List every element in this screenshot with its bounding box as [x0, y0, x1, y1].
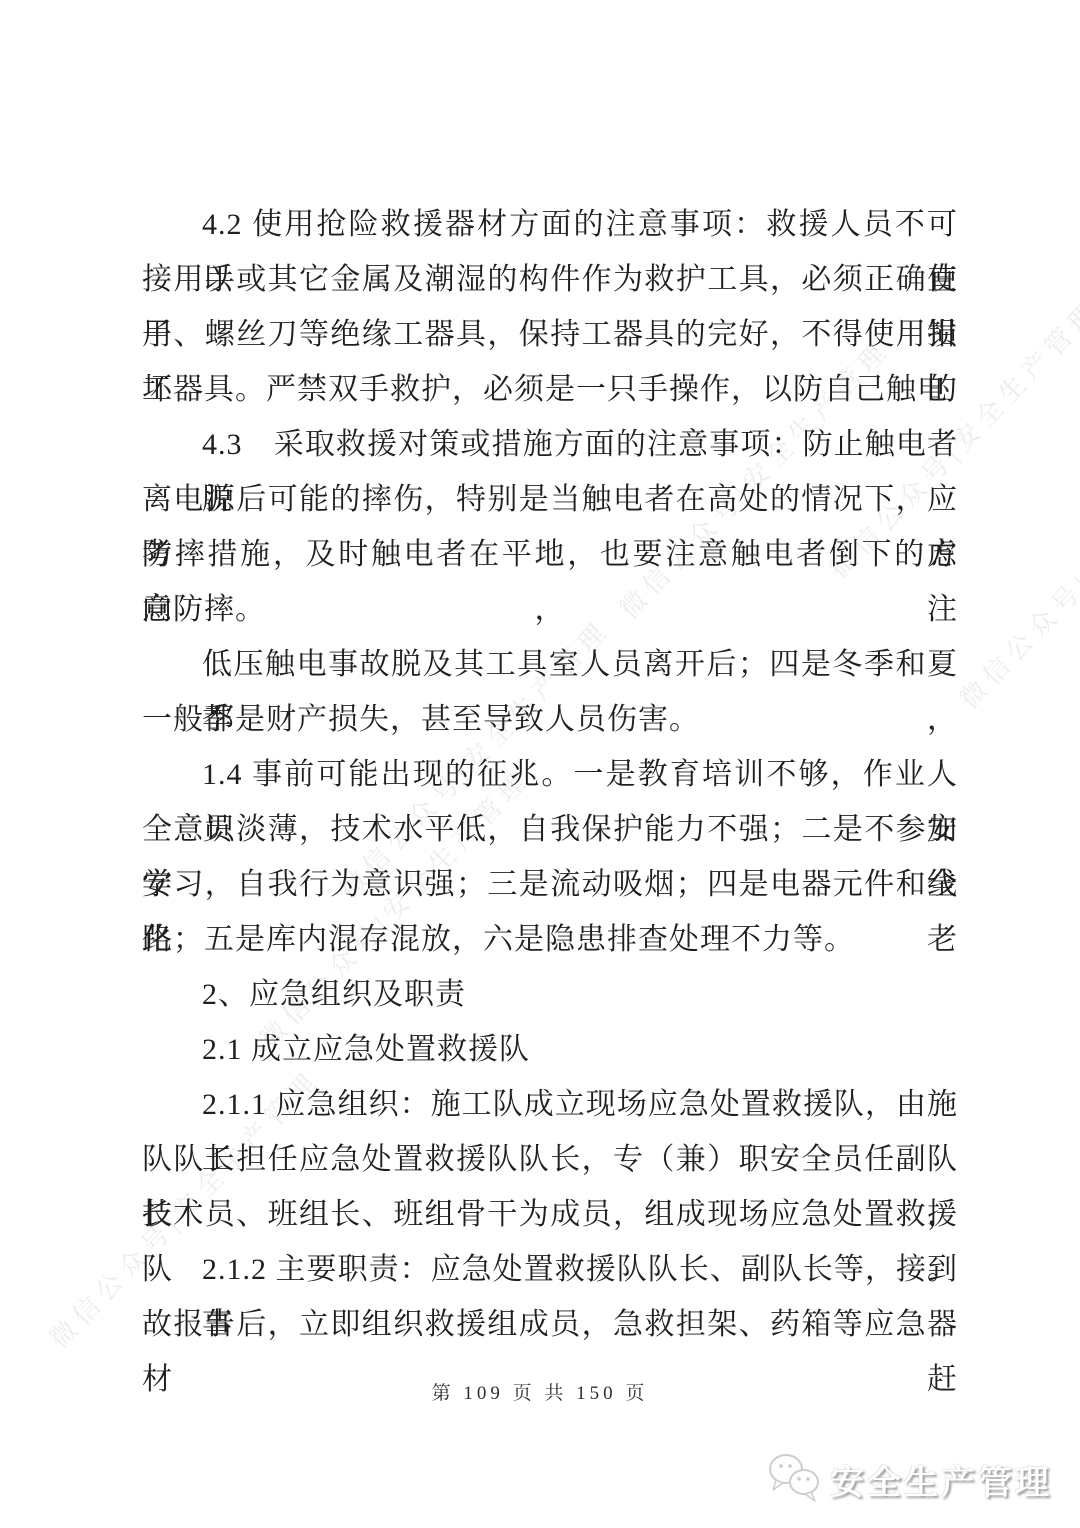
document-line: 4.3 采取救援对策或措施方面的注意事项：防止触电者脱 — [142, 417, 958, 472]
document-body: 4.2 使用抢险救援器材方面的注意事项：救援人员不可以直接用手或其它金属及潮湿的… — [142, 197, 958, 1352]
wechat-account-badge: 安全生产管理 — [764, 1450, 1052, 1509]
document-line: 化；五是库内混存混放，六是隐患排查处理不力等。 — [142, 912, 958, 967]
wechat-account-label: 安全生产管理 — [830, 1455, 1052, 1504]
document-line: 故报告后，立即组织救援组成员，急救担架、药箱等应急器材赶 — [142, 1297, 958, 1352]
document-line: 2.1.2 主要职责：应急处置救援队队长、副队长等，接到事 — [142, 1242, 958, 1297]
document-line: 低压触电事故脱及其工具室人员离开后；四是冬季和夏季， — [142, 637, 958, 692]
watermark-text: 微信公众号|安全生产管理 — [950, 420, 1080, 716]
document-line: 4.2 使用抢险救援器材方面的注意事项：救援人员不可以直 — [142, 197, 958, 252]
document-line: 2.1 成立应急处置救援队 — [142, 1022, 958, 1077]
document-line: 接用手或其它金属及潮湿的构件作为救护工具，必须正确使用钳 — [142, 252, 958, 307]
page-number-footer: 第 109 页 共 150 页 — [0, 1378, 1080, 1405]
document-line: 防摔措施，及时触电者在平地，也要注意触电者倒下的方向，注 — [142, 527, 958, 582]
wechat-icon — [764, 1450, 826, 1509]
document-line: 技术员、班组长、班组骨干为成员，组成现场应急处置救援队。 — [142, 1187, 958, 1242]
document-line: 全意识淡薄，技术水平低，自我保护能力不强；二是不参加安全 — [142, 802, 958, 857]
document-line: 队队长担任应急处置救援队队长，专（兼）职安全员任副队长， — [142, 1132, 958, 1187]
document-line: 工器具。严禁双手救护，必须是一只手操作，以防自己触电 — [142, 362, 958, 417]
document-page: 微信公众号|安全生产管理 微信公众号|安全生产管理 微信公众号|安全生产管理 微… — [0, 0, 1080, 1528]
document-line: 学习，自我行为意识强；三是流动吸烟；四是电器元件和线路老 — [142, 857, 958, 912]
document-line: 子、螺丝刀等绝缘工器具，保持工器具的完好，不得使用损坏的 — [142, 307, 958, 362]
document-line: 2、应急组织及职责 — [142, 967, 958, 1022]
document-line: 2.1.1 应急组织：施工队成立现场应急处置救援队，由施工 — [142, 1077, 958, 1132]
document-line: 离电源后可能的摔伤，特别是当触电者在高处的情况下，应考虑 — [142, 472, 958, 527]
document-line: 1.4 事前可能出现的征兆。一是教育培训不够，作业人员安 — [142, 747, 958, 802]
